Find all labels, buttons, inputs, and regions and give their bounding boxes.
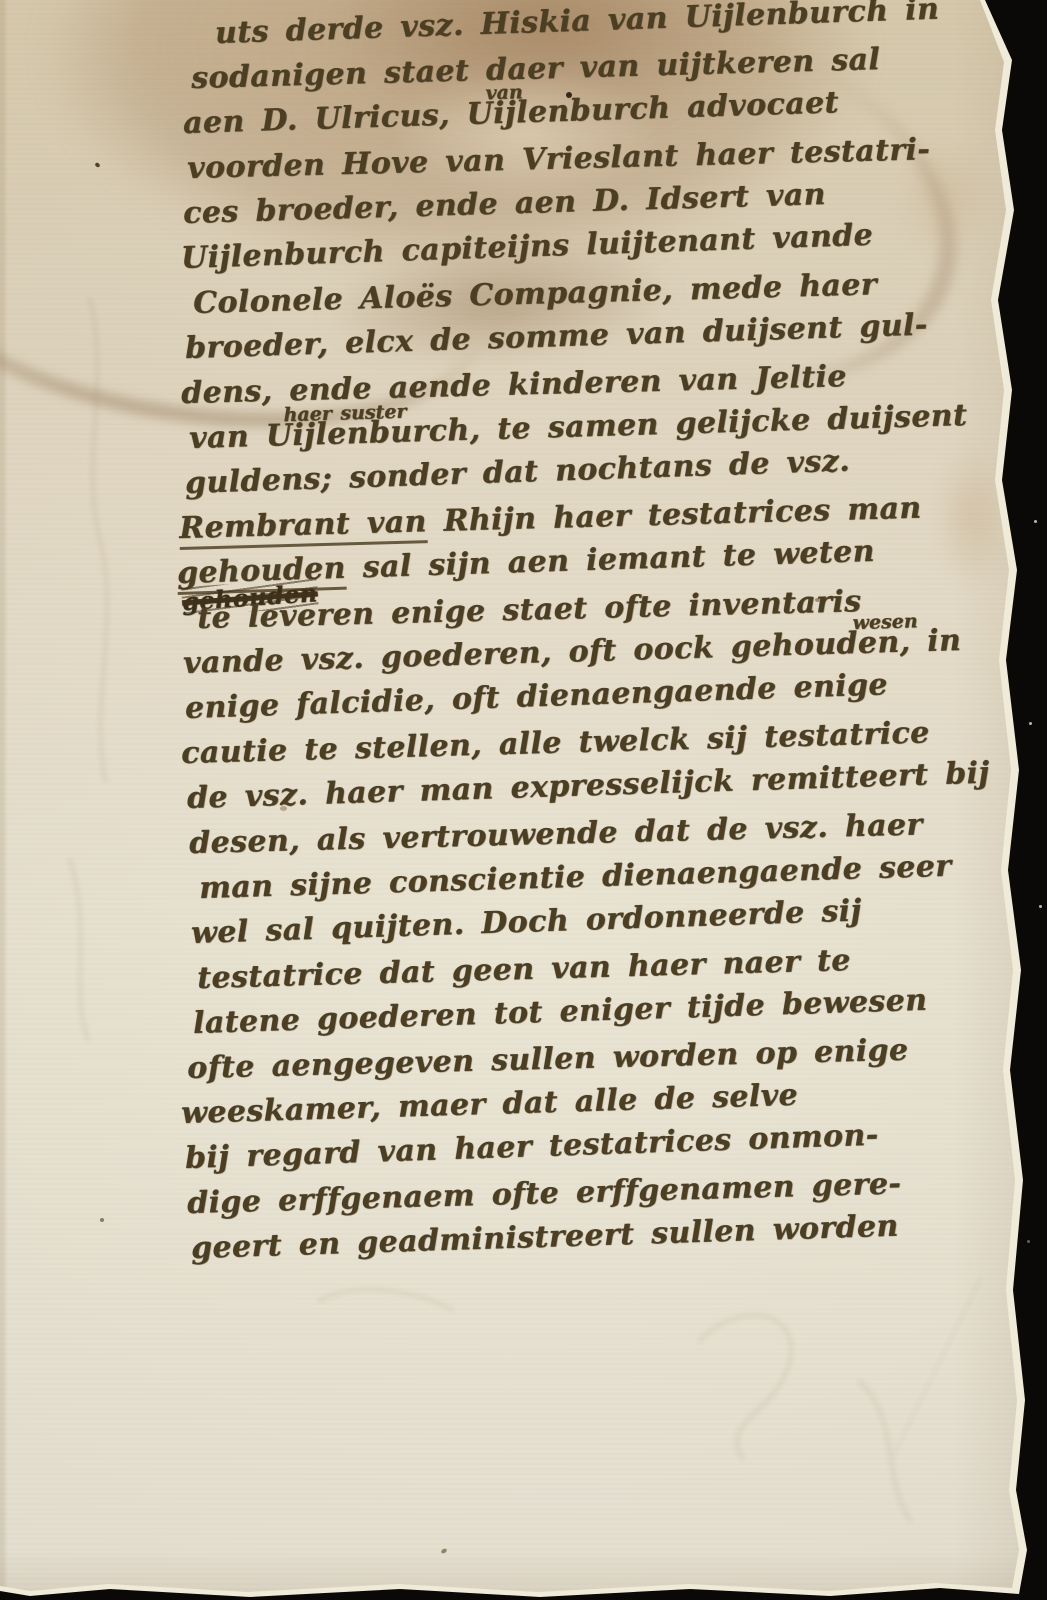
underlined-words: Rembrant van — [179, 504, 428, 550]
interlinear-insertion: van — [485, 81, 523, 104]
paper-sheet: uts derde vsz. Hiskia van Uijlenburch in… — [0, 0, 1047, 1600]
interlinear-insertion: wesen — [852, 610, 918, 634]
manuscript-photo: uts derde vsz. Hiskia van Uijlenburch in… — [0, 0, 1047, 1600]
interlinear-insertion: haer suster — [283, 401, 407, 427]
manuscript-text-block: uts derde vsz. Hiskia van Uijlenburch in… — [182, 16, 982, 1276]
